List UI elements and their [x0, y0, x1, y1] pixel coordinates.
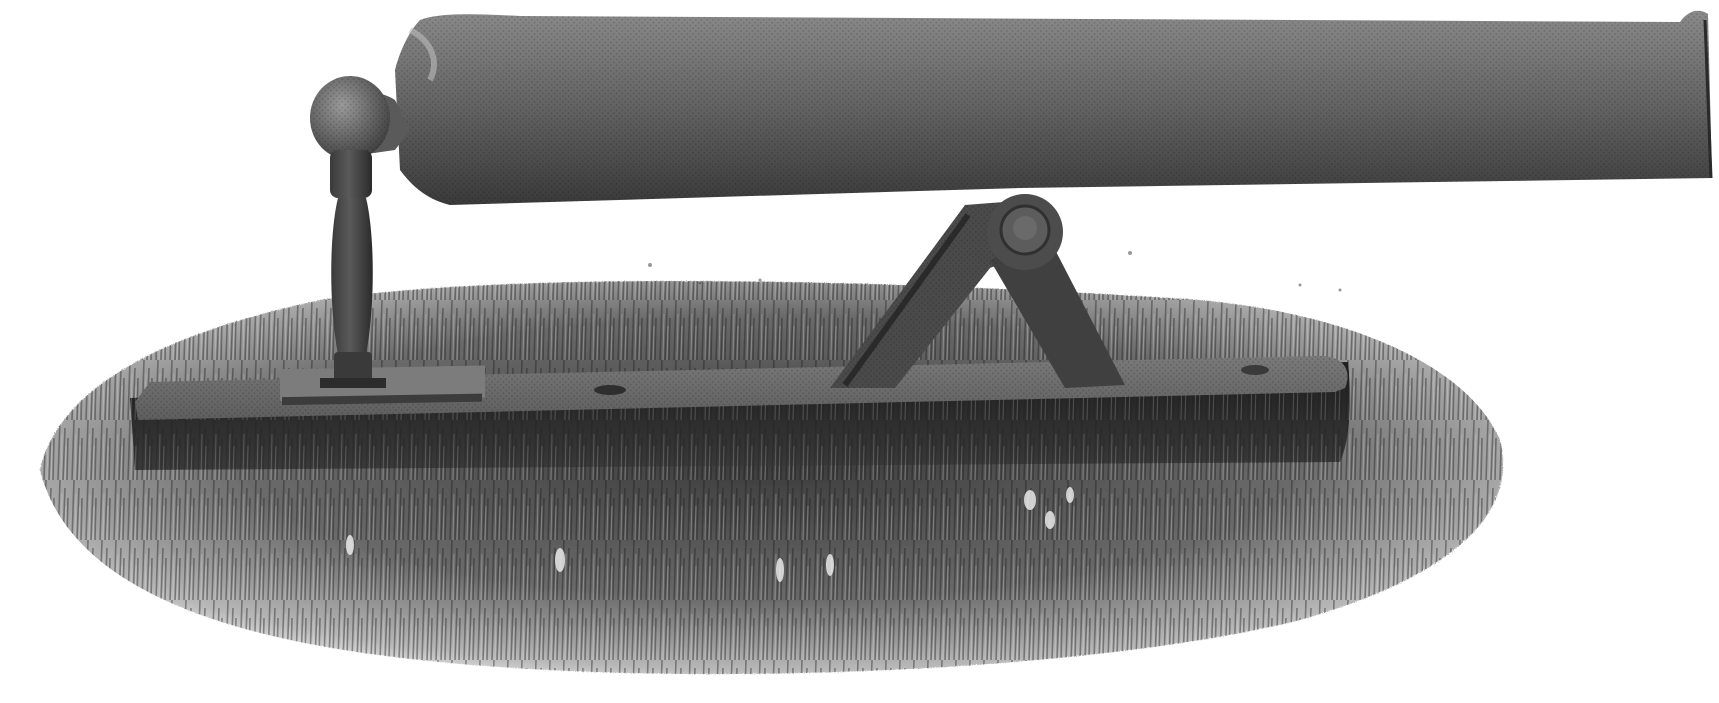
cannon-barrel [395, 11, 1712, 205]
trunnion [987, 194, 1063, 270]
cannon-photograph [0, 0, 1719, 703]
slide-carriage-base [130, 356, 1350, 470]
grass-patch [40, 281, 1503, 674]
cascabel-knob [310, 76, 410, 160]
